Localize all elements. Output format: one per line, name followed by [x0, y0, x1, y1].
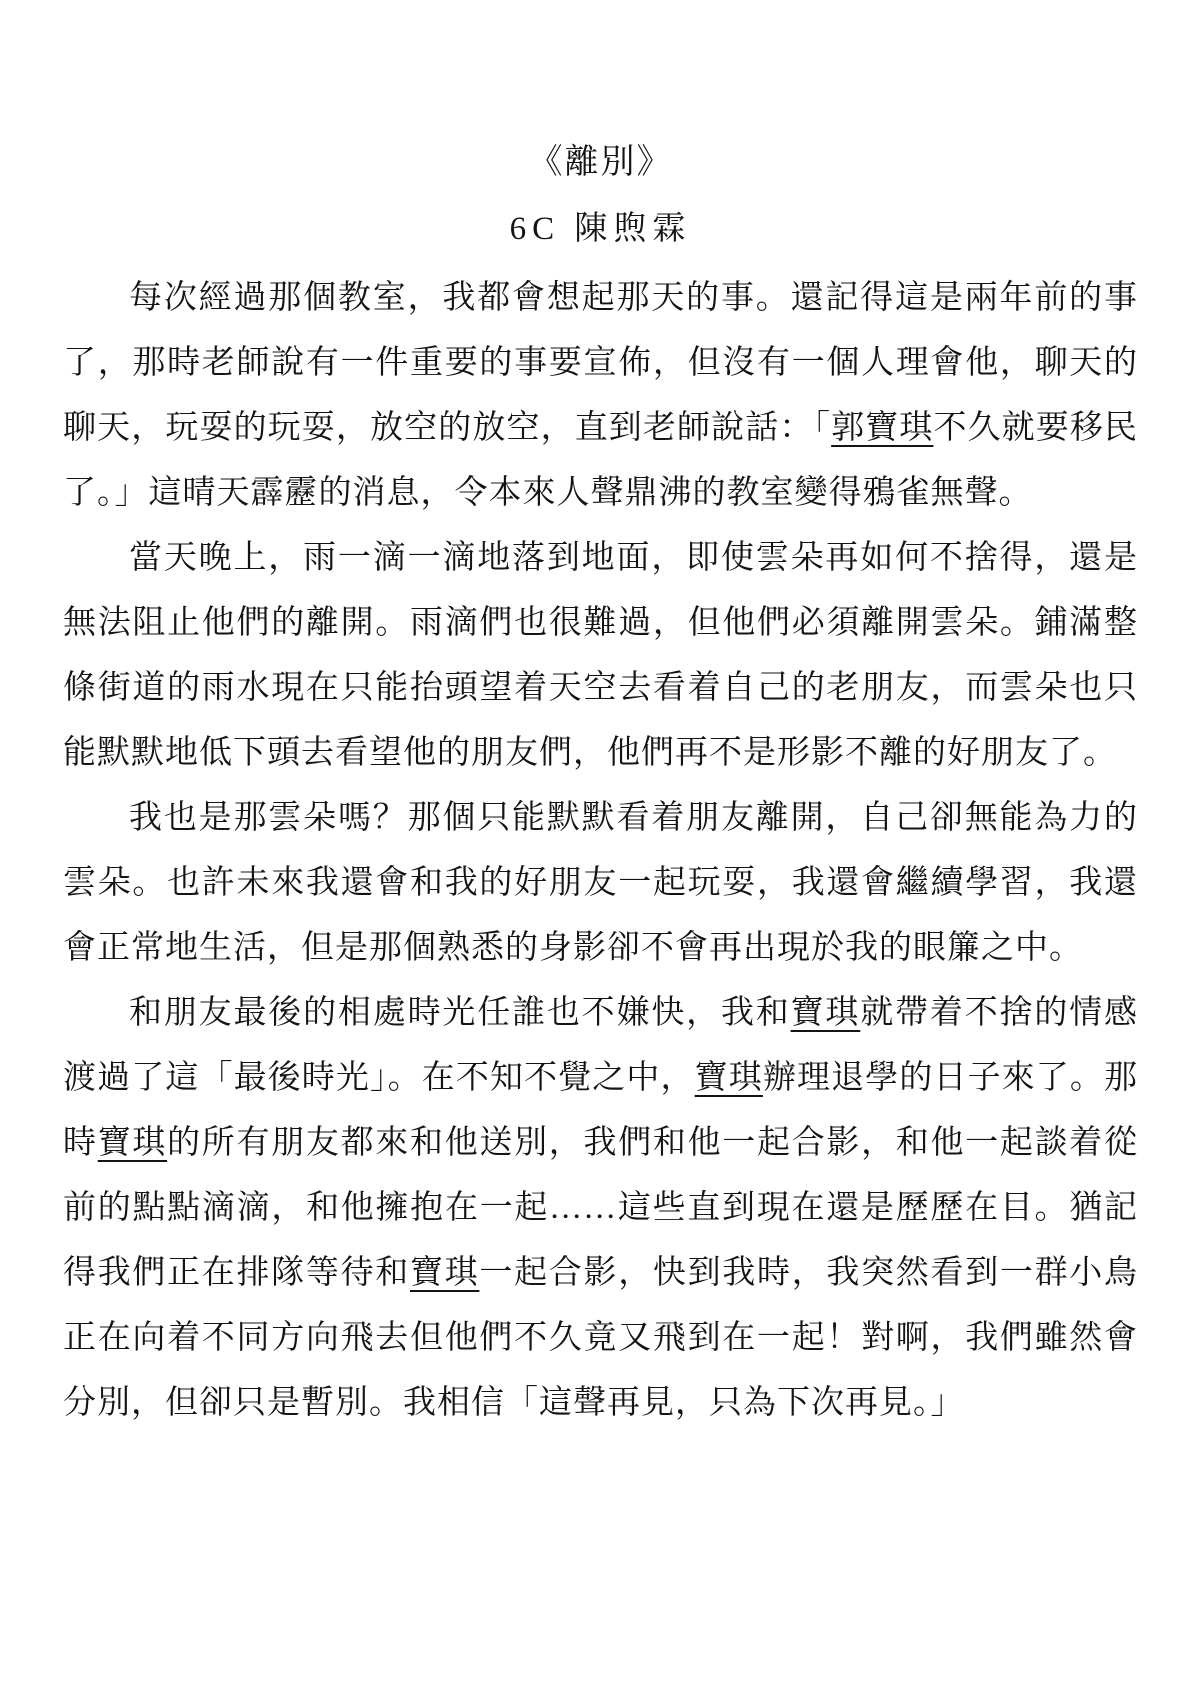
underlined-name: 寶琪 — [791, 995, 861, 1031]
document-page: 《離別》 6C 陳煦霖 每次經過那個教室，我都會想起那天的事。還記得這是兩年前的… — [0, 0, 1202, 1700]
paragraph-text: 和朋友最後的相處時光任誰也不嫌快，我和 — [129, 995, 791, 1031]
underlined-name: 郭寶琪 — [831, 410, 933, 446]
essay-paragraph: 和朋友最後的相處時光任誰也不嫌快，我和寶琪就帶着不捨的情感渡過了這「最後時光」。… — [63, 981, 1138, 1436]
paragraph-text: 我也是那雲朵嗎？那個只能默默看着朋友離開，自己卻無能為力的雲朵。也許未來我還會和… — [63, 800, 1138, 966]
essay-paragraph: 我也是那雲朵嗎？那個只能默默看着朋友離開，自己卻無能為力的雲朵。也許未來我還會和… — [63, 786, 1138, 981]
underlined-name: 寶琪 — [98, 1125, 167, 1161]
essay-title: 《離別》 — [63, 130, 1138, 196]
essay-paragraph: 每次經過那個教室，我都會想起那天的事。還記得這是兩年前的事了，那時老師說有一件重… — [63, 266, 1138, 526]
essay-paragraph: 當天晚上，雨一滴一滴地落到地面，即使雲朵再如何不捨得，還是無法阻止他們的離開。雨… — [63, 526, 1138, 786]
essay-author: 6C 陳煦霖 — [63, 196, 1138, 262]
essay-body: 每次經過那個教室，我都會想起那天的事。還記得這是兩年前的事了，那時老師說有一件重… — [63, 266, 1138, 1436]
underlined-name: 寶琪 — [695, 1060, 763, 1096]
underlined-name: 寶琪 — [410, 1255, 479, 1291]
paragraph-text: 當天晚上，雨一滴一滴地落到地面，即使雲朵再如何不捨得，還是無法阻止他們的離開。雨… — [63, 540, 1138, 771]
